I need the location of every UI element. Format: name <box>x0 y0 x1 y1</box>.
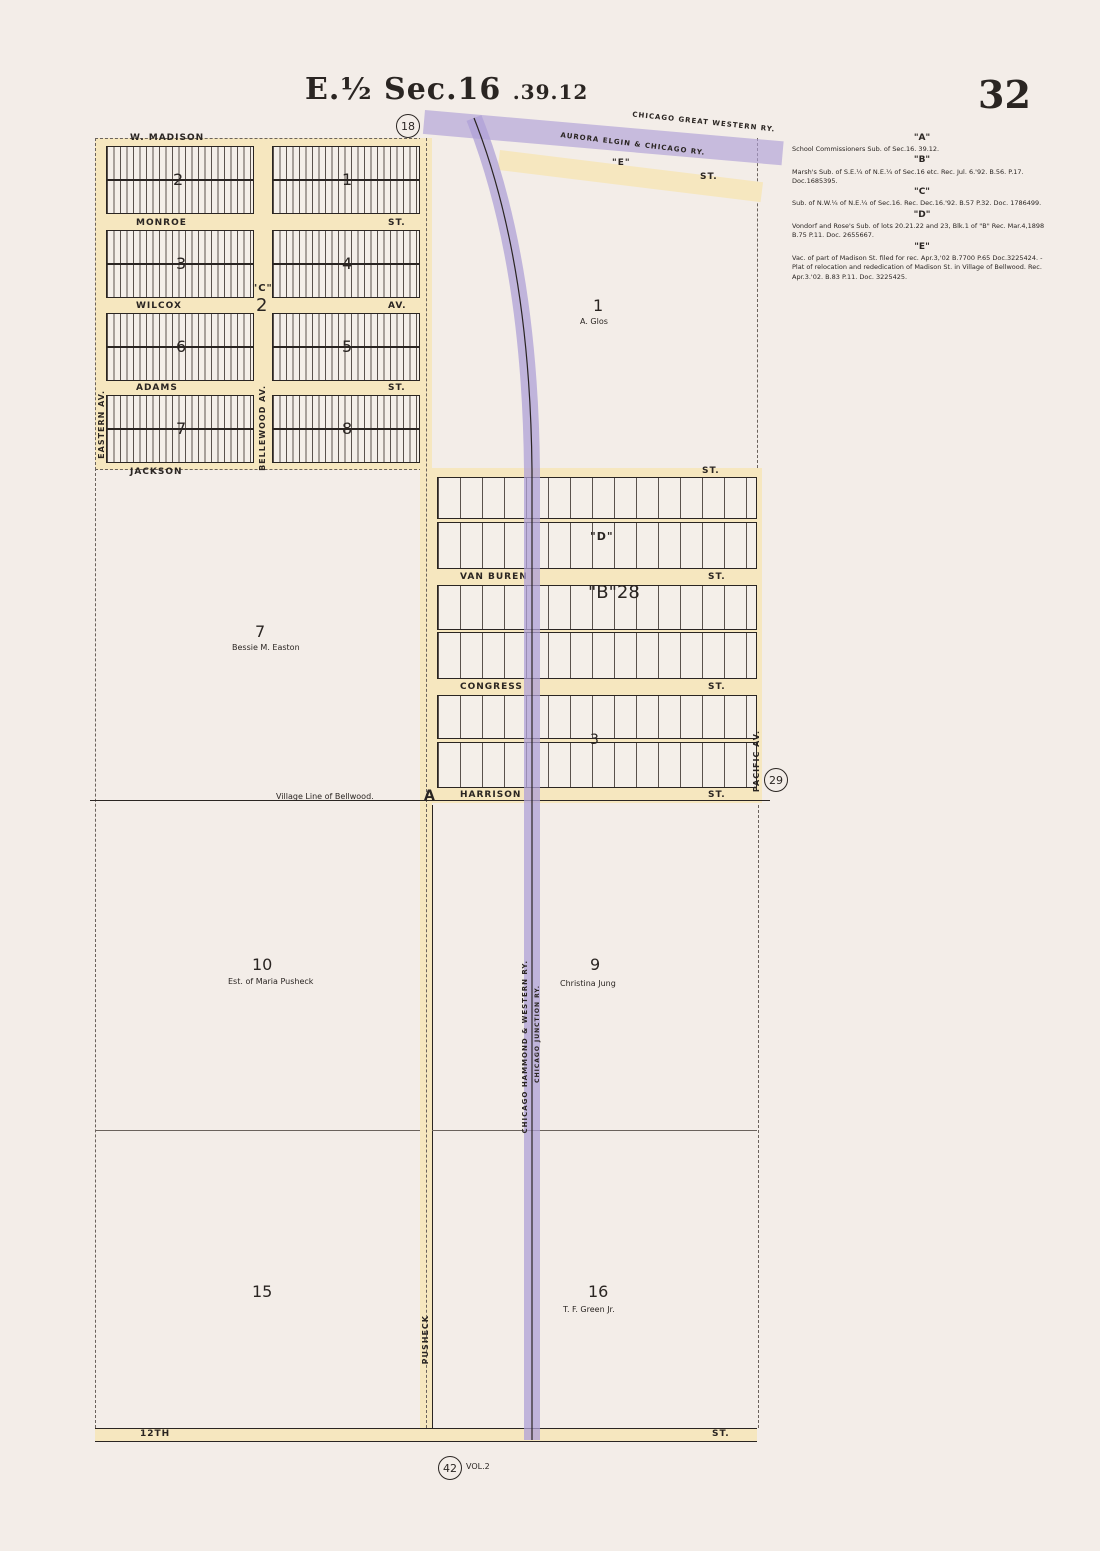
block-number: 3 <box>176 254 186 273</box>
street-pusheck: PUSHECK <box>421 1315 430 1364</box>
street-e-label: "E" <box>612 158 631 168</box>
parcel-number: 16 <box>588 1282 608 1301</box>
parcel-number: 1 <box>593 296 603 315</box>
map-title: E.½ Sec.16 .39.12 <box>305 72 588 107</box>
street-12th <box>95 1428 757 1442</box>
street-wilcox: WILCOX <box>136 301 182 311</box>
street-wilcox-av: AV. <box>388 301 407 311</box>
parcel-number: 15 <box>252 1282 272 1301</box>
village-line-label: Village Line of Bellwood. <box>276 792 374 801</box>
street-jackson-east-st: ST. <box>702 466 720 476</box>
street-e-st: ST. <box>700 172 718 182</box>
subdivision-d-label: "D" <box>590 530 614 543</box>
street-monroe: MONROE <box>136 218 187 228</box>
parcel-number: 9 <box>590 955 600 974</box>
volume-note: VOL.2 <box>466 1462 490 1471</box>
subdivision-a-label: A <box>424 788 436 804</box>
adjacent-sheet-south[interactable]: 42 <box>438 1456 462 1480</box>
street-pacific-av: PACIFIC AV. <box>752 730 761 792</box>
street-adams: ADAMS <box>136 383 178 393</box>
subdivision-notes: "A"School Commissioners Sub. of Sec.16. … <box>792 132 1052 282</box>
parcel-owner: T. F. Green Jr. <box>563 1305 615 1314</box>
block-number: 5 <box>342 337 352 356</box>
subdivision-c-label: "C" <box>252 283 273 294</box>
adjacent-sheet-east[interactable]: 29 <box>764 768 788 792</box>
street-bellewood-av: BELLEWOOD AV. <box>258 385 267 471</box>
parcel-number: 10 <box>252 955 272 974</box>
block-number: 1 <box>342 170 352 189</box>
block-number: 6 <box>176 337 186 356</box>
street-harrison-st: ST. <box>708 790 726 800</box>
block-number: 2 <box>173 170 183 189</box>
street-van-buren-st: ST. <box>708 572 726 582</box>
subdivision-c-number: 2 <box>256 295 267 316</box>
railroad-chw-label: CHICAGO HAMMOND & WESTERN RY. <box>521 960 529 1133</box>
block-number: 7 <box>176 419 186 438</box>
parcel-owner: Est. of Maria Pusheck <box>228 977 313 986</box>
railroad-chw-curve <box>460 110 560 1450</box>
parcel-owner: A. Glos <box>580 317 608 326</box>
block-number: 4 <box>342 254 352 273</box>
parcel-owner: Bessie M. Easton <box>232 643 300 652</box>
block-number: 3 <box>590 732 599 748</box>
street-congress-st: ST. <box>708 682 726 692</box>
street-w-madison: W. MADISON <box>130 133 204 143</box>
street-12th-label: 12TH <box>140 1429 170 1439</box>
block-number: 8 <box>342 419 352 438</box>
street-12th-st: ST. <box>712 1429 730 1439</box>
subdivision-b-label: "B"28 <box>588 582 640 603</box>
street-monroe-st: ST. <box>388 218 406 228</box>
page-number: 32 <box>978 72 1031 117</box>
street-eastern-av: EASTERN AV. <box>97 390 106 459</box>
parcel-owner: Christina Jung <box>560 979 616 988</box>
parcel-number: 7 <box>255 622 265 641</box>
adjacent-sheet-north[interactable]: 18 <box>396 114 420 138</box>
railroad-cj-label: CHICAGO JUNCTION RY. <box>534 985 541 1083</box>
street-adams-st: ST. <box>388 383 406 393</box>
